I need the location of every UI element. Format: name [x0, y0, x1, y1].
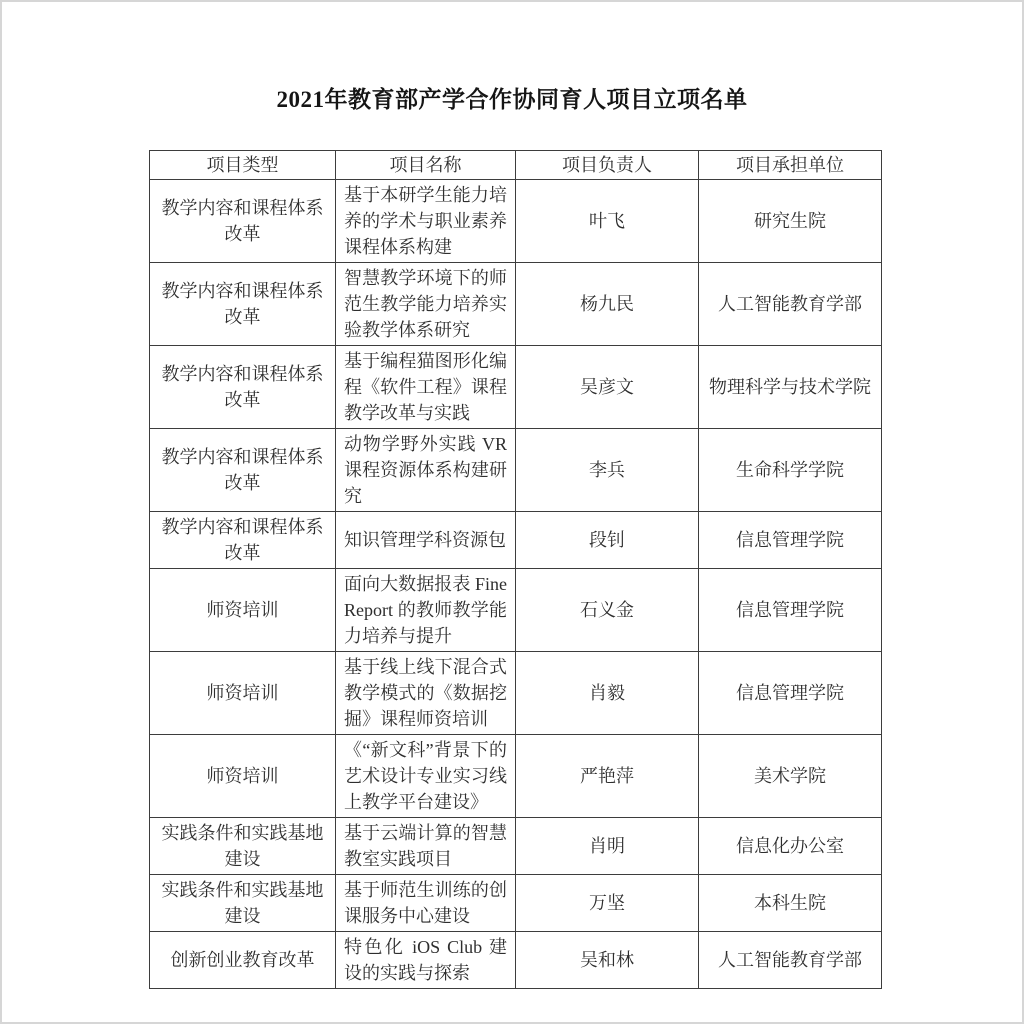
cell-project-unit: 信息化办公室: [699, 818, 882, 875]
cell-project-type: 师资培训: [150, 652, 336, 735]
projects-table: 项目类型 项目名称 项目负责人 项目承担单位 教学内容和课程体系改革基于本研学生…: [149, 150, 882, 989]
table-row: 师资培训基于线上线下混合式教学模式的《数据挖掘》课程师资培训肖毅信息管理学院: [150, 652, 882, 735]
column-header-project-name: 项目名称: [336, 151, 516, 180]
cell-project-unit: 信息管理学院: [699, 652, 882, 735]
cell-project-name: 基于线上线下混合式教学模式的《数据挖掘》课程师资培训: [336, 652, 516, 735]
table-row: 教学内容和课程体系改革动物学野外实践 VR 课程资源体系构建研究李兵生命科学学院: [150, 429, 882, 512]
cell-project-unit: 信息管理学院: [699, 512, 882, 569]
cell-project-type: 教学内容和课程体系改革: [150, 346, 336, 429]
cell-project-name: 基于师范生训练的创课服务中心建设: [336, 875, 516, 932]
cell-project-leader: 肖明: [516, 818, 699, 875]
cell-project-unit: 美术学院: [699, 735, 882, 818]
cell-project-type: 师资培训: [150, 735, 336, 818]
table-row: 教学内容和课程体系改革智慧教学环境下的师范生教学能力培养实验教学体系研究杨九民人…: [150, 263, 882, 346]
cell-project-name: 面向大数据报表 FineReport 的教师教学能力培养与提升: [336, 569, 516, 652]
table-row: 师资培训《“新文科”背景下的艺术设计专业实习线上教学平台建设》严艳萍美术学院: [150, 735, 882, 818]
cell-project-type: 教学内容和课程体系改革: [150, 180, 336, 263]
cell-project-type: 实践条件和实践基地建设: [150, 818, 336, 875]
table-row: 教学内容和课程体系改革基于本研学生能力培养的学术与职业素养课程体系构建叶飞研究生…: [150, 180, 882, 263]
cell-project-type: 教学内容和课程体系改革: [150, 429, 336, 512]
table-row: 实践条件和实践基地建设基于云端计算的智慧教室实践项目肖明信息化办公室: [150, 818, 882, 875]
cell-project-leader: 段钊: [516, 512, 699, 569]
cell-project-leader: 杨九民: [516, 263, 699, 346]
cell-project-name: 基于本研学生能力培养的学术与职业素养课程体系构建: [336, 180, 516, 263]
cell-project-name: 《“新文科”背景下的艺术设计专业实习线上教学平台建设》: [336, 735, 516, 818]
cell-project-name: 智慧教学环境下的师范生教学能力培养实验教学体系研究: [336, 263, 516, 346]
cell-project-unit: 研究生院: [699, 180, 882, 263]
table-row: 创新创业教育改革特色化 iOS Club 建设的实践与探索吴和林人工智能教育学部: [150, 932, 882, 989]
table-header-row: 项目类型 项目名称 项目负责人 项目承担单位: [150, 151, 882, 180]
cell-project-type: 实践条件和实践基地建设: [150, 875, 336, 932]
cell-project-type: 创新创业教育改革: [150, 932, 336, 989]
table-row: 实践条件和实践基地建设基于师范生训练的创课服务中心建设万坚本科生院: [150, 875, 882, 932]
document-page: 2021年教育部产学合作协同育人项目立项名单 项目类型 项目名称 项目负责人 项…: [0, 0, 1024, 1024]
cell-project-leader: 吴彦文: [516, 346, 699, 429]
cell-project-name: 知识管理学科资源包: [336, 512, 516, 569]
cell-project-leader: 李兵: [516, 429, 699, 512]
cell-project-leader: 严艳萍: [516, 735, 699, 818]
table-row: 师资培训面向大数据报表 FineReport 的教师教学能力培养与提升石义金信息…: [150, 569, 882, 652]
cell-project-leader: 吴和林: [516, 932, 699, 989]
cell-project-unit: 人工智能教育学部: [699, 932, 882, 989]
cell-project-name: 基于云端计算的智慧教室实践项目: [336, 818, 516, 875]
cell-project-type: 师资培训: [150, 569, 336, 652]
cell-project-leader: 肖毅: [516, 652, 699, 735]
column-header-project-leader: 项目负责人: [516, 151, 699, 180]
cell-project-type: 教学内容和课程体系改革: [150, 512, 336, 569]
cell-project-type: 教学内容和课程体系改革: [150, 263, 336, 346]
cell-project-name: 特色化 iOS Club 建设的实践与探索: [336, 932, 516, 989]
page-title: 2021年教育部产学合作协同育人项目立项名单: [2, 86, 1022, 114]
cell-project-name: 基于编程猫图形化编程《软件工程》课程教学改革与实践: [336, 346, 516, 429]
cell-project-unit: 人工智能教育学部: [699, 263, 882, 346]
cell-project-leader: 万坚: [516, 875, 699, 932]
column-header-project-type: 项目类型: [150, 151, 336, 180]
cell-project-unit: 本科生院: [699, 875, 882, 932]
table-body: 教学内容和课程体系改革基于本研学生能力培养的学术与职业素养课程体系构建叶飞研究生…: [150, 180, 882, 989]
cell-project-name: 动物学野外实践 VR 课程资源体系构建研究: [336, 429, 516, 512]
cell-project-unit: 物理科学与技术学院: [699, 346, 882, 429]
table-row: 教学内容和课程体系改革知识管理学科资源包段钊信息管理学院: [150, 512, 882, 569]
cell-project-unit: 信息管理学院: [699, 569, 882, 652]
column-header-project-unit: 项目承担单位: [699, 151, 882, 180]
table-row: 教学内容和课程体系改革基于编程猫图形化编程《软件工程》课程教学改革与实践吴彦文物…: [150, 346, 882, 429]
cell-project-unit: 生命科学学院: [699, 429, 882, 512]
cell-project-leader: 叶飞: [516, 180, 699, 263]
cell-project-leader: 石义金: [516, 569, 699, 652]
